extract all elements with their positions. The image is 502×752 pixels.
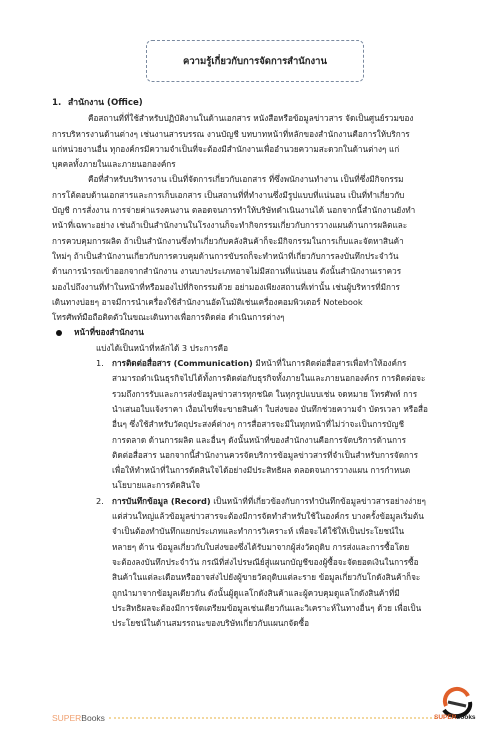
paragraph-line: ใหม่ๆ ถ้าเป็นสำนักงานเกี่ยวกับการควบคุมด… <box>52 249 478 264</box>
page-title: ความรู้เกี่ยวกับการจัดการสำนักงาน <box>183 54 327 69</box>
list-line: สินค้าในแต่ละเดือนหรืออาจส่งไปยังผู้ขายว… <box>52 570 478 585</box>
list-line: แต่ส่วนใหญ่แล้วข้อมูลข่าวสารจะต้องมีการจ… <box>52 509 478 524</box>
paragraph-line: หน้าที่เฉพาะอย่าง เช่นถ้าเป็นสำนักงานในโ… <box>52 218 478 233</box>
paragraph-line: การบริหารงานด้านต่างๆ เช่นงานสารบรรณ งาน… <box>52 127 478 142</box>
paragraph-line: บุคคลทั้งภายในและภายนอกองค์กร <box>52 157 478 172</box>
paragraph-line: การโต้ตอบด้านเอกสารและการเก็บเอกสาร เป็น… <box>52 188 478 203</box>
paragraph-line: ด้านการนำรถเข้าออกจากสำนักงาน งานบางประเ… <box>52 264 478 279</box>
list-line: นำเสนอใบแจ้งราคา เงื่อนไขที่จะขายสินค้า … <box>52 402 478 417</box>
paragraph-line: มองไปถึงงานที่ทำในหน้าที่หรือมองไปที่กิจ… <box>52 280 478 295</box>
list-line: จำเป็นต้องทำบันทึกแยกประเภทและทำการวิเคร… <box>52 524 478 539</box>
paragraph-line: การควบคุมการผลิต ถ้าเป็นสำนักงานซึ่งทำเก… <box>52 234 478 249</box>
paragraph-line: คือที่สำหรับบริหารงาน เป็นที่จัดการเกี่ย… <box>52 172 478 187</box>
list-item-2: 2.การบันทึกข้อมูล (Record) เป็นหน้าที่ที… <box>52 494 478 509</box>
list-line: รวมถึงการรับและการส่งข้อมูลข่าวสารทุกชนิ… <box>52 387 478 402</box>
duties-intro: แบ่งได้เป็นหน้าที่หลักได้ 3 ประการคือ <box>52 341 478 356</box>
duties-heading: หน้าที่ของสำนักงาน <box>52 325 478 340</box>
list-line: การตลาด ด้านการผลิต และอื่นๆ ดังนั้นหน้า… <box>52 433 478 448</box>
list-line: หลายๆ ด้าน ข้อมูลเกี่ยวกับใบส่งของซึ่งได… <box>52 540 478 555</box>
list-line: อื่นๆ ซึ่งใช้สำหรับวัตถุประสงค์ต่างๆ การ… <box>52 417 478 432</box>
paragraph-line: โทรศัพท์มือถือติดตัวในขณะเดินทางเพื่อการ… <box>52 310 478 325</box>
title-box: ความรู้เกี่ยวกับการจัดการสำนักงาน <box>146 40 364 82</box>
list-line: ประสิทธิผลจะต้องมีการจัดเตรียมข้อมูลเช่น… <box>52 601 478 616</box>
paragraph-line: แก่หน่วยงานอื่น ทุกองค์กรมีความจำเป็นที่… <box>52 142 478 157</box>
list-line: เพื่อให้ทำหน้าที่ในการตัดสินใจได้อย่างมี… <box>52 463 478 478</box>
list-line: ถูกนำมาจากข้อมูลเดียวกัน ดังนั้นผู้ดูแลโ… <box>52 586 478 601</box>
document-body: 1.สำนักงาน (Office) คือสถานที่ที่ใช้สำหร… <box>52 96 478 631</box>
paragraph-line: เดินทางบ่อยๆ อาจมีการนำเครื่องใช้สำนักงา… <box>52 295 478 310</box>
logo-text: SUPERbooks <box>434 714 476 721</box>
paragraph-line: บัญชี การสั่งงาน การจ่ายค่าแรงคนงาน ตลอด… <box>52 203 478 218</box>
list-line: สามารถดำเนินธุรกิจไปได้ทั้งการติดต่อกับธ… <box>52 371 478 386</box>
footer-brand: SUPERBooks <box>52 713 105 723</box>
list-item-term: การบันทึกข้อมูล (Record) <box>112 496 211 506</box>
list-item-term: การติดต่อสื่อสาร (Communication) <box>112 358 253 368</box>
footer-divider <box>109 717 436 719</box>
section-heading: 1.สำนักงาน (Office) <box>52 96 478 111</box>
paragraph-line: คือสถานที่ที่ใช้สำหรับปฏิบัติงานในด้านเอ… <box>52 111 478 126</box>
list-line: นโยบายและการตัดสินใจ <box>52 478 478 493</box>
list-line: ประโยชน์ในด้านสมรรถนะของบริษัทเกี่ยวกับแ… <box>52 616 478 631</box>
page-footer: SUPERBooks <box>52 713 436 723</box>
list-line: ติดต่อสื่อสาร นอกจากนี้สำนักงานควรจัดบริ… <box>52 448 478 463</box>
list-line: จะต้องลงบันทึกประจำวัน กรณีที่ส่งไปรษณีย… <box>52 555 478 570</box>
bullet-icon <box>56 330 62 336</box>
list-item-1: 1.การติดต่อสื่อสาร (Communication) มีหน้… <box>52 356 478 371</box>
